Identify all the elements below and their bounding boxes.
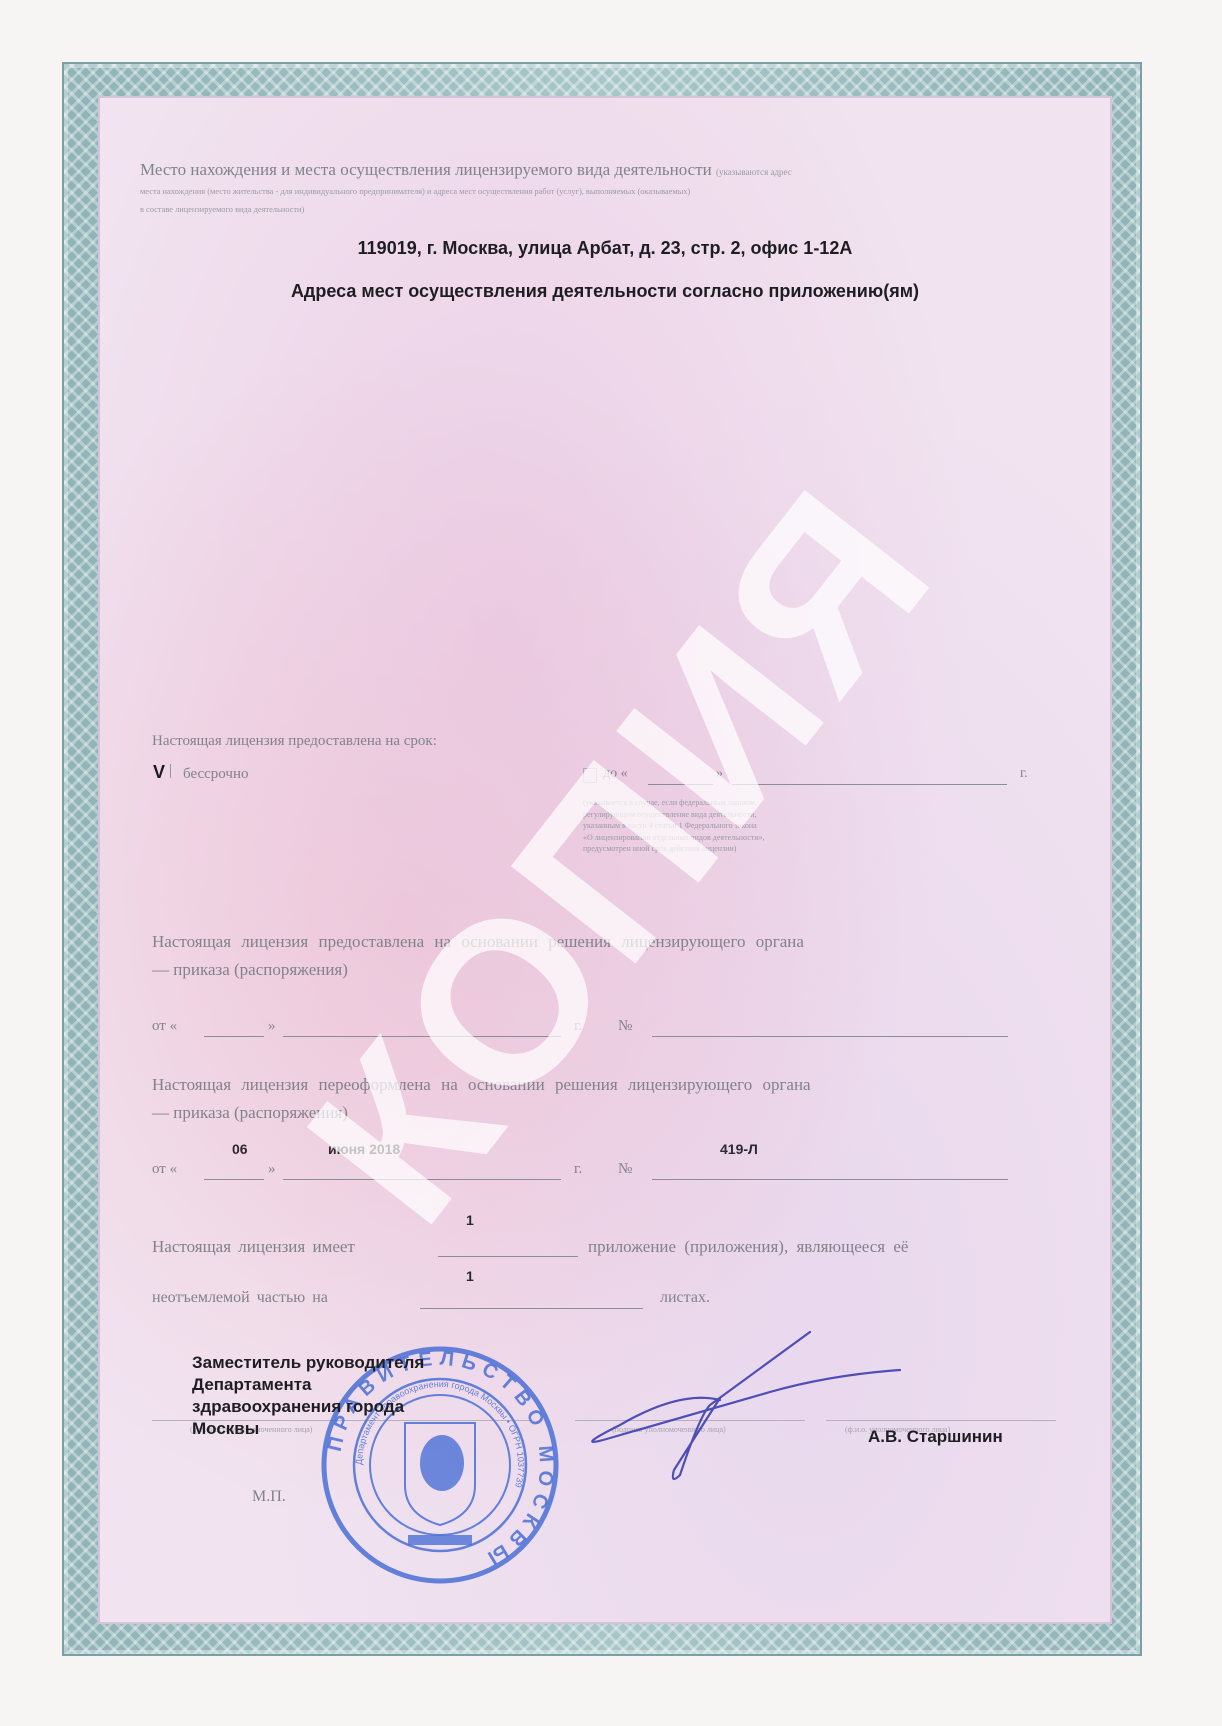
address: 119019, г. Москва, улица Арбат, д. 23, с… bbox=[100, 238, 1110, 259]
reissued-number-line bbox=[652, 1179, 1008, 1180]
signatory-position: Заместитель руководителя Департамента зд… bbox=[192, 1352, 424, 1440]
signatory-name: А.В. Старшинин bbox=[868, 1427, 1003, 1447]
sheet-count: 1 bbox=[466, 1268, 474, 1284]
location-note-line3: в составе лицензируемого вида деятельнос… bbox=[140, 204, 304, 216]
sheet-count-line bbox=[420, 1308, 643, 1309]
perpetual-label: бессрочно bbox=[183, 766, 248, 782]
perpetual-checkbox[interactable]: V бессрочно bbox=[153, 762, 248, 783]
reissued-number-label: № bbox=[618, 1161, 632, 1178]
appendix-line2-start: неотъемлемой частью на bbox=[152, 1289, 328, 1307]
checkmark-icon: V bbox=[153, 762, 165, 782]
granted-number-line bbox=[652, 1036, 1008, 1037]
reissued-year-suffix: г. bbox=[574, 1161, 582, 1178]
until-year-suffix: г. bbox=[1020, 766, 1028, 782]
location-label: Место нахождения и места осуществления л… bbox=[140, 160, 792, 180]
granted-day-line bbox=[204, 1036, 264, 1037]
seal-place-label: М.П. bbox=[252, 1488, 286, 1506]
granted-line2: — приказа (распоряжения) bbox=[152, 960, 348, 980]
signature bbox=[570, 1320, 930, 1490]
appendix-line1-start: Настоящая лицензия имеет bbox=[152, 1237, 355, 1257]
location-label-text: Место нахождения и места осуществления л… bbox=[140, 160, 712, 179]
location-note-inline: (указываются адрес bbox=[716, 167, 792, 177]
granted-from-label: от « bbox=[152, 1018, 177, 1035]
granted-quote-close: » bbox=[268, 1018, 276, 1035]
reissued-from-label: от « bbox=[152, 1161, 177, 1178]
location-note-line2: места нахождения (место жительства - для… bbox=[140, 186, 690, 198]
term-label: Настоящая лицензия предоставлена на срок… bbox=[152, 733, 437, 750]
appendix-line1-end: приложение (приложения), являющееся её bbox=[588, 1237, 908, 1257]
reissued-number: 419-Л bbox=[720, 1141, 758, 1157]
appendix-line2-end: листах. bbox=[660, 1289, 710, 1307]
addresses-note: Адреса мест осуществления деятельности с… bbox=[100, 281, 1110, 302]
